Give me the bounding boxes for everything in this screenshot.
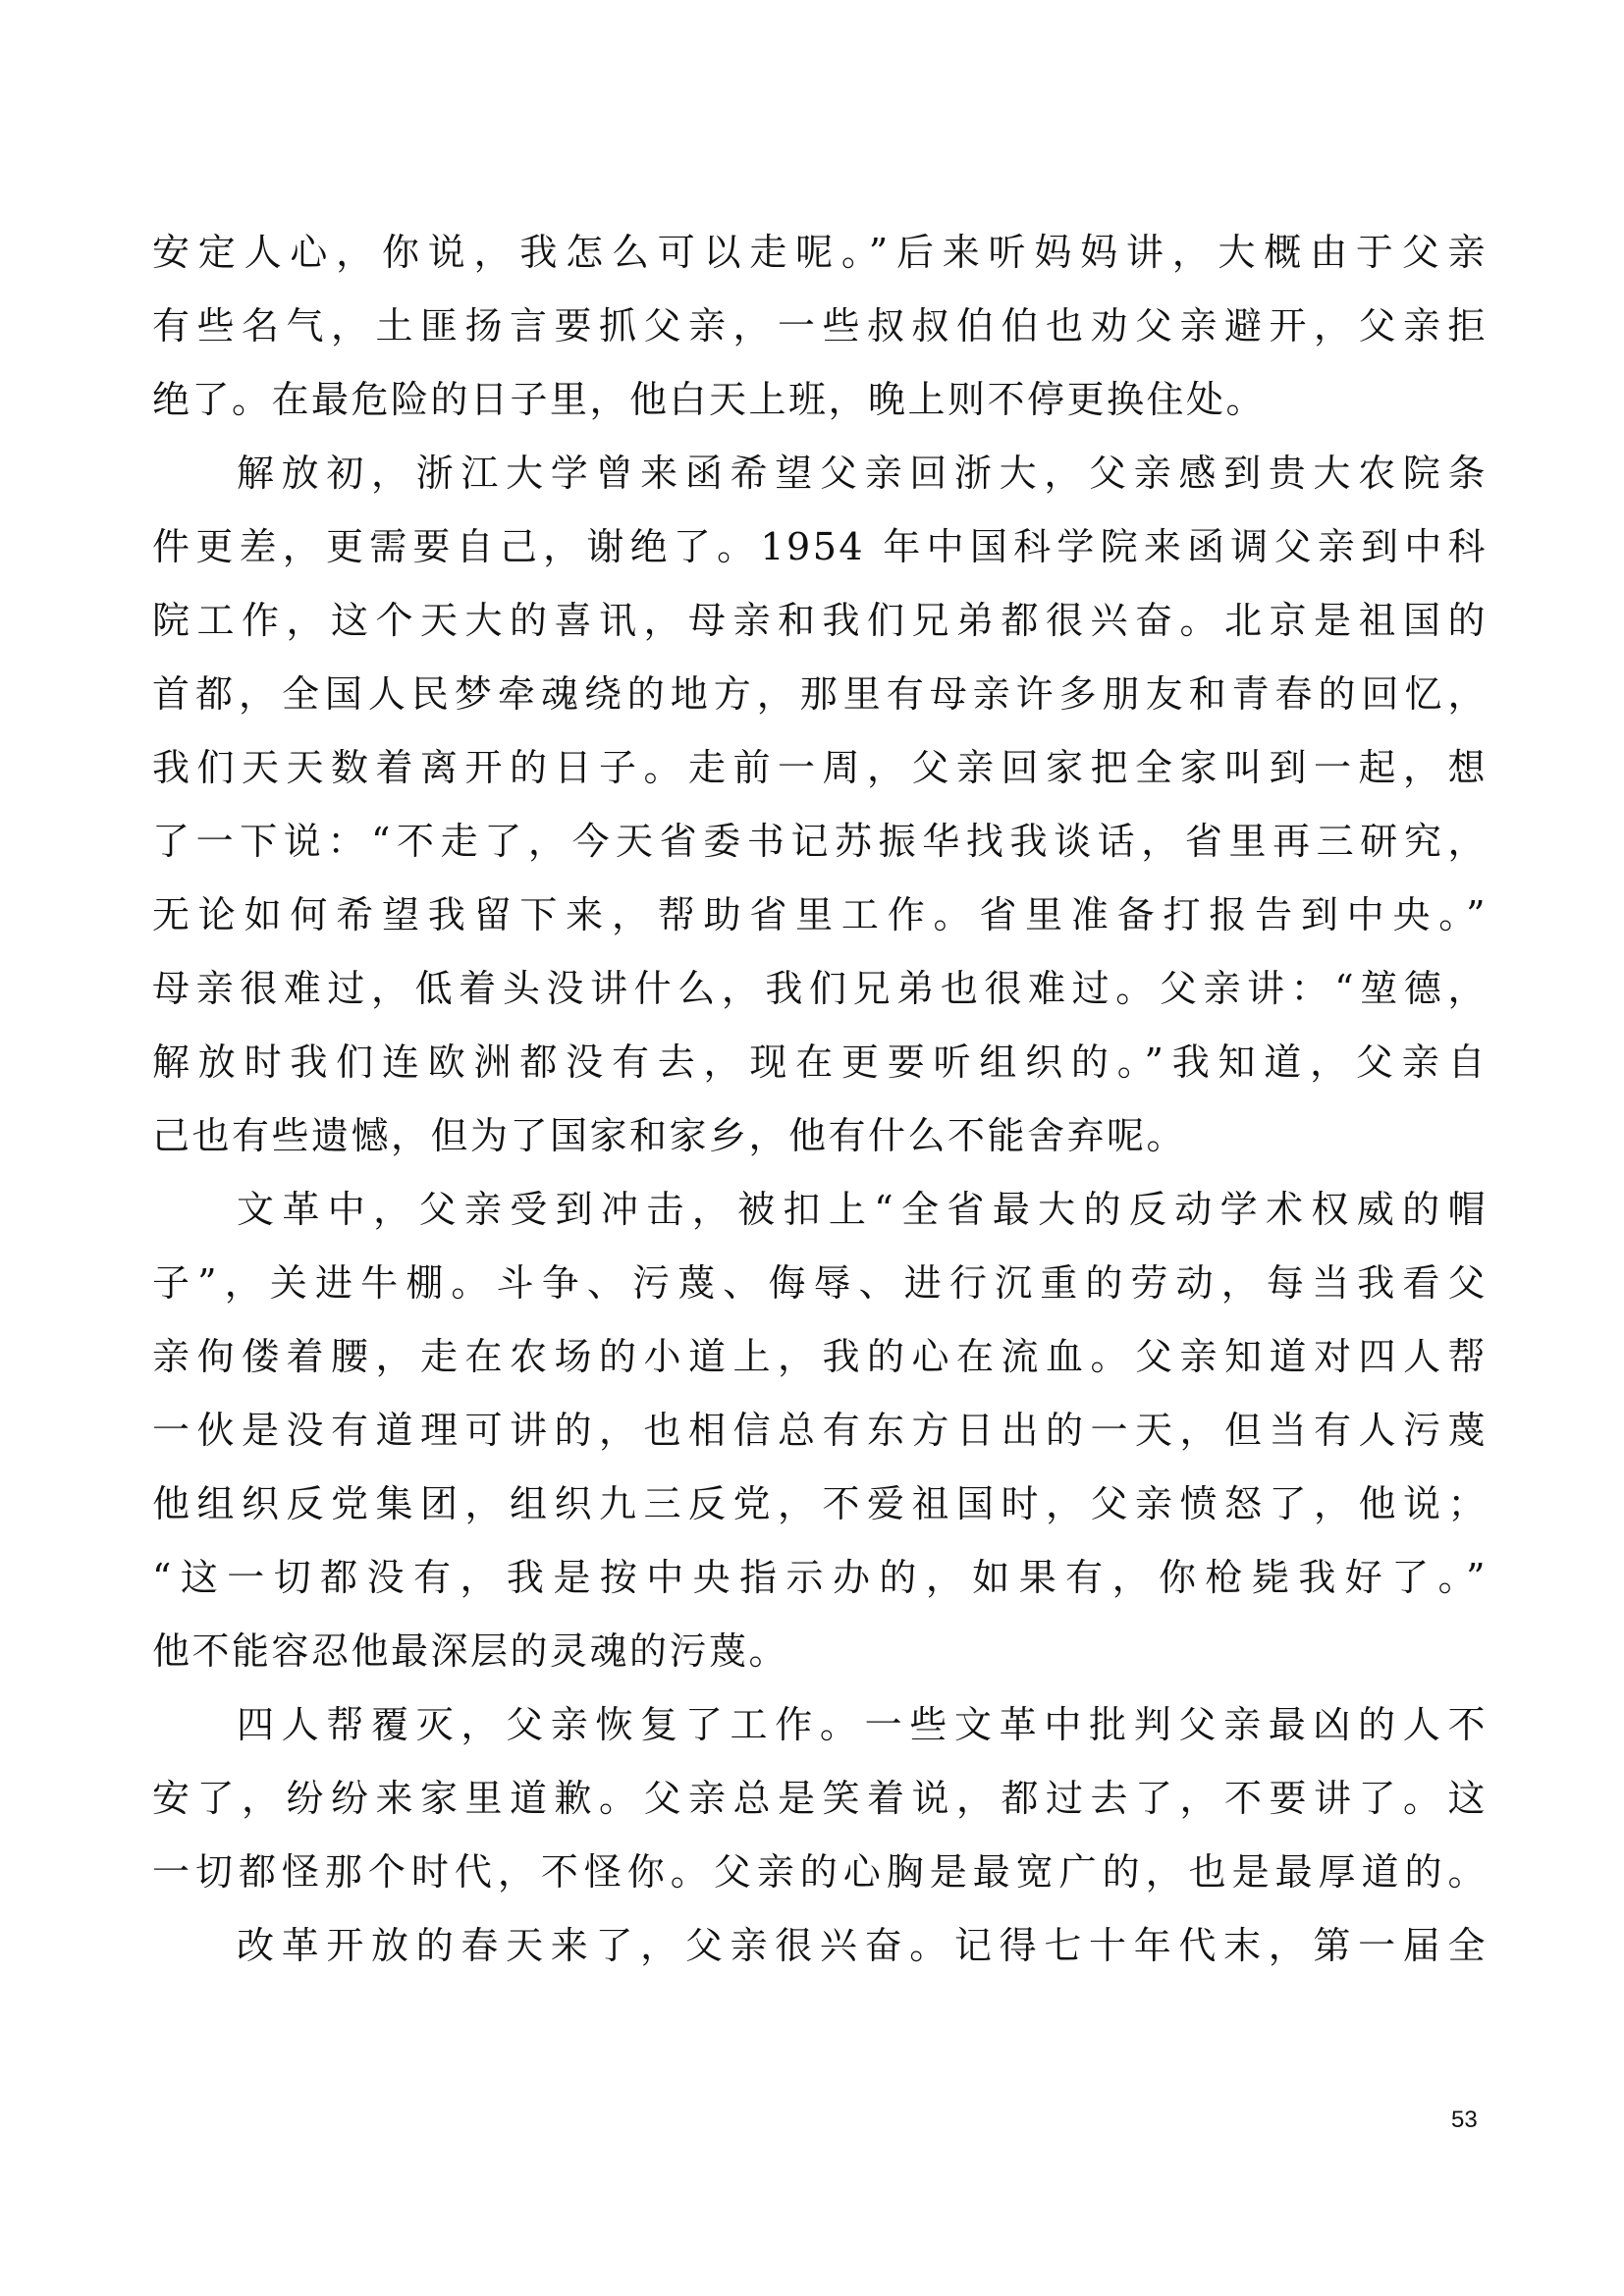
text-line: 一切都怪那个时代，不怪你。父亲的心胸是最宽广的，也是最厚道的。 (152, 1836, 1488, 1909)
text-line: 了一下说：“不走了，今天省委书记苏振华找我谈话，省里再三研究， (152, 805, 1488, 879)
text-line: “这一切都没有，我是按中央指示办的，如果有，你枪毙我好了。” (152, 1541, 1488, 1615)
page-number: 53 (1451, 2107, 1478, 2134)
text-line: 四人帮覆灭，父亲恢复了工作。一些文革中批判父亲最凶的人不 (152, 1688, 1488, 1762)
text-line: 亲佝偻着腰，走在农场的小道上，我的心在流血。父亲知道对四人帮 (152, 1320, 1488, 1394)
text-line: 母亲很难过，低着头没讲什么，我们兄弟也很难过。父亲讲：“堃德， (152, 952, 1488, 1026)
text-line: 件更差，更需要自己，谢绝了。1954 年中国科学院来函调父亲到中科 (152, 510, 1488, 584)
text-line: 首都，全国人民梦牵魂绕的地方，那里有母亲许多朋友和青春的回忆， (152, 658, 1488, 731)
text-line: 院工作，这个天大的喜讯，母亲和我们兄弟都很兴奋。北京是祖国的 (152, 584, 1488, 658)
text-line: 安了，纷纷来家里道歉。父亲总是笑着说，都过去了，不要讲了。这 (152, 1762, 1488, 1836)
text-line: 我们天天数着离开的日子。走前一周，父亲回家把全家叫到一起，想 (152, 731, 1488, 805)
text-line: 他不能容忍他最深层的灵魂的污蔑。 (152, 1615, 1488, 1688)
text-line: 改革开放的春天来了，父亲很兴奋。记得七十年代末，第一届全 (152, 1909, 1488, 1983)
text-line: 己也有些遗憾，但为了国家和家乡，他有什么不能舍弃呢。 (152, 1099, 1488, 1173)
body-text: 安定人心，你说，我怎么可以走呢。”后来听妈妈讲，大概由于父亲 有些名气，土匪扬言… (152, 216, 1488, 1983)
text-line: 安定人心，你说，我怎么可以走呢。”后来听妈妈讲，大概由于父亲 (152, 216, 1488, 290)
text-line: 绝了。在最危险的日子里，他白天上班，晚上则不停更换住处。 (152, 363, 1488, 437)
text-line: 他组织反党集团，组织九三反党，不爱祖国时，父亲愤怒了，他说； (152, 1468, 1488, 1541)
text-line: 文革中，父亲受到冲击，被扣上“全省最大的反动学术权威的帽 (152, 1173, 1488, 1247)
text-line: 无论如何希望我留下来，帮助省里工作。省里准备打报告到中央。” (152, 879, 1488, 952)
text-line: 一伙是没有道理可讲的，也相信总有东方日出的一天，但当有人污蔑 (152, 1394, 1488, 1468)
text-line: 解放初，浙江大学曾来函希望父亲回浙大，父亲感到贵大农院条 (152, 437, 1488, 510)
document-page: 安定人心，你说，我怎么可以走呢。”后来听妈妈讲，大概由于父亲 有些名气，土匪扬言… (0, 0, 1624, 2296)
text-line: 解放时我们连欧洲都没有去，现在更要听组织的。”我知道，父亲自 (152, 1026, 1488, 1099)
text-line: 有些名气，土匪扬言要抓父亲，一些叔叔伯伯也劝父亲避开，父亲拒 (152, 290, 1488, 363)
text-line: 子”，关进牛棚。斗争、污蔑、侮辱、进行沉重的劳动，每当我看父 (152, 1247, 1488, 1320)
